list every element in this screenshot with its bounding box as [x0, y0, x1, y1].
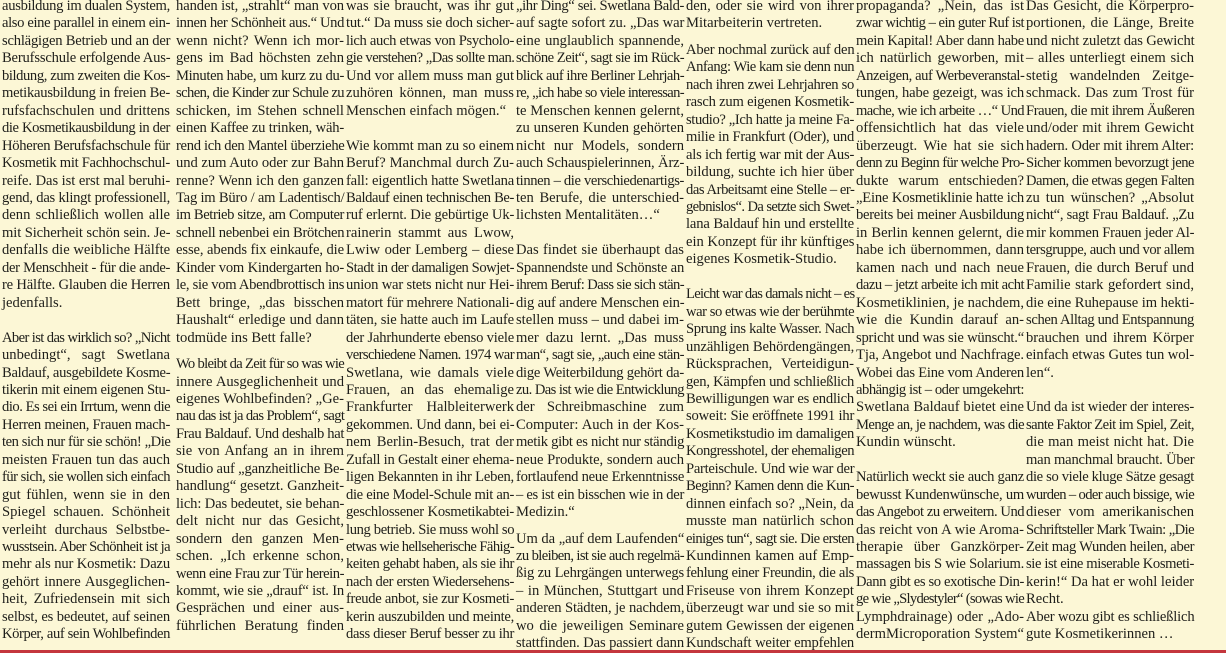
text-line: Kosmetik mit Fachhochschul-: [2, 155, 170, 172]
text-line: die so viele kluge Sätze gesagt: [1026, 469, 1194, 486]
text-line: Swetlana, wie damals viele: [346, 365, 514, 382]
text-line: mein Kapital! Aber dann habe: [856, 33, 1024, 50]
text-line: le, sie vom Abendbrottisch ins: [176, 277, 344, 294]
text-line: die eine Ruhepause im hekti-: [1026, 295, 1194, 312]
text-line: man“, sagt sie, „auch eine stän-: [516, 347, 684, 364]
text-line: mer dazu lernt. „Das muss: [516, 330, 684, 347]
text-line: man manchmal braucht. Über: [1026, 452, 1194, 469]
text-line: spricht und was sie wünscht.“: [856, 330, 1024, 347]
text-line: wenn nicht? Wenn ich mor-: [176, 33, 344, 50]
text-line: überzeugt. Wie hat sie sich: [856, 138, 1024, 155]
text-line: brauchen und ihrem Körper: [1026, 330, 1194, 347]
text-line: freude anbot, sie zur Kosmeti-: [346, 591, 514, 608]
text-line: Bewilligungen war es endlich: [686, 391, 854, 408]
paragraph-spacer: [346, 120, 514, 137]
paragraph-spacer: [686, 33, 854, 42]
text-line: kommt, wie sie „drauf“ ist. In: [176, 583, 344, 600]
text-line: nicht nur Models, sondern: [516, 138, 684, 155]
text-line: schen Alltag und Entspannung: [1026, 312, 1194, 329]
text-line: blick auf ihre Berliner Lehrjah-: [516, 68, 684, 85]
text-line: Damen, die etwas gegen Falten: [1026, 173, 1194, 190]
text-line: schlägigen Betrieb und an der: [2, 33, 170, 50]
text-line: Recht.: [1026, 591, 1194, 608]
text-line: täten, sie hatte auch im Laufe: [346, 312, 514, 329]
text-line: etwas wie hellseherische Fähig-: [346, 539, 514, 556]
text-line: der Jahrhunderte ebenso viele: [346, 330, 514, 347]
text-line: der Menschheit - für die ande-: [2, 260, 170, 277]
text-line: mir kommen Frauen jeder Al-: [1026, 225, 1194, 242]
article-column-1: ausbildung im dualen System,also eine pa…: [2, 0, 170, 644]
text-line: ein Konzept für ihr künftiges: [686, 234, 854, 251]
text-line: dige Weiterbildung gehört da-: [516, 365, 684, 382]
text-line: mache, wie ich arbeite …“ Und: [856, 103, 1024, 120]
text-line: Computer: Auch in der Kos-: [516, 417, 684, 434]
text-line: im Betrieb sitze, am Computer: [176, 207, 344, 224]
text-line: Leicht war das damals nicht – es: [686, 286, 854, 303]
text-line: Frauen, die mit ihrem Äußeren: [1026, 103, 1194, 120]
text-line: sondern den ganzen Men-: [176, 531, 344, 548]
text-line: Kosmetikstudio im damaligen: [686, 426, 854, 443]
text-line: gebnislos“. Da setzte sich Swet-: [686, 199, 854, 216]
text-line: gie verstehen? „Das sollte man.: [346, 50, 514, 67]
text-line: Rücksprachen, Verteidigun-: [686, 356, 854, 373]
article-column-5: den, oder sie wird von ihrerMitarbeiteri…: [686, 0, 854, 653]
text-line: fall: eigentlich hatte Swetlana: [346, 173, 514, 190]
text-line: anderen Städten, je nachdem,: [516, 600, 684, 617]
text-line: unbedingt“, sagt Swetlana: [2, 347, 170, 364]
text-line: neue Produkte, sondern auch: [516, 452, 684, 469]
text-line: Frau Baldauf. Und deshalb hat: [176, 426, 344, 443]
text-line: Medizin.“: [516, 504, 684, 521]
text-line: die man meist nicht hat. Die: [1026, 434, 1194, 451]
text-line: soweit: Sie eröffnete 1991 ihr: [686, 408, 854, 425]
text-line: hadern. Oder mit ihrem Alter:: [1026, 138, 1194, 155]
text-line: re Hälfte. Glauben die Herren: [2, 277, 170, 294]
article-column-6: propaganda? „Nein, das istzwar wichtig –…: [856, 0, 1024, 644]
bottom-accent-rule: [0, 650, 1226, 653]
text-line: habe ich übernommen, dann: [856, 242, 1024, 259]
text-line: schnell nebenbei ein Brötchen: [176, 225, 344, 242]
text-line: Frauen, die durch Beruf und: [1026, 260, 1194, 277]
text-line: Wo bleibt da Zeit für so was wie: [176, 356, 344, 373]
text-line: lich auch etwas von Psycholo-: [346, 33, 514, 50]
text-line: fehlung einer Freundin, die als: [686, 565, 854, 582]
article-column-4: „ihr Ding“ sei. Swetlana Bald-auf sagte …: [516, 0, 684, 653]
text-line: und zum Auto oder zur Bahn: [176, 155, 344, 172]
text-line: der Schreibmaschine zum: [516, 399, 684, 416]
paragraph: Aber nochmal zurück auf denAnfang: Wie k…: [686, 42, 854, 269]
text-line: das reicht von A wie Aroma-: [856, 522, 1024, 539]
paragraph: Aber wozu gibt es schließlichgute Kosmet…: [1026, 609, 1194, 644]
text-line: und/oder mit ihrem Gewicht: [1026, 120, 1194, 137]
article-column-3: was sie braucht, was ihr guttut.“ Da mus…: [346, 0, 514, 644]
text-line: jedenfalls.: [2, 295, 170, 312]
text-line: das Angebot zu erweitern. Und: [856, 504, 1024, 521]
text-line: Und da ist wieder der interes-: [1026, 399, 1194, 416]
text-line: len“.: [1026, 365, 1194, 382]
text-line: tut.“ Da muss sie doch sicher-: [346, 15, 514, 32]
text-line: heit, Zufriedensein mit sich: [2, 591, 170, 608]
text-line: Zufall in Gestalt einer ehema-: [346, 452, 514, 469]
text-line: überzeugt war und sie so mit: [686, 600, 854, 617]
text-line: „ihr Ding“ sei. Swetlana Bald-: [516, 0, 684, 15]
text-line: Lymphdrainage) oder „Ado-: [856, 609, 1024, 626]
text-line: schicken, im Stehen schnell: [176, 103, 344, 120]
paragraph: Um da „auf dem Laufenden“zu bleiben, ist…: [516, 531, 684, 653]
text-line: Aber wozu gibt es schließlich: [1026, 609, 1194, 626]
text-line: zwar wichtig – ein guter Ruf ist: [856, 15, 1024, 32]
text-line: meisten Frauen tun das auch: [2, 452, 170, 469]
text-line: todmüde ins Bett falle?: [176, 330, 344, 347]
paragraph: Das Gesicht, die Körperpro-portionen, di…: [1026, 0, 1194, 382]
text-line: metik gibt es nicht nur ständig: [516, 434, 684, 451]
text-line: selbst, es bedeutet, auf seinen: [2, 609, 170, 626]
text-line: lung betrieb. Sie muss wohl so: [346, 522, 514, 539]
text-line: unzähligen Behördengängen,: [686, 339, 854, 356]
text-line: bildung, suchte ich hier über: [686, 164, 854, 181]
text-line: Schriftsteller Mark Twain: „Die: [1026, 522, 1194, 539]
text-line: wusstsein. Aber Schönheit ist ja: [2, 539, 170, 556]
text-line: auch Schauspielerinnen, Ärz-: [516, 155, 684, 172]
text-line: Gesprächen und einer aus-: [176, 600, 344, 617]
paragraph: Leicht war das damals nicht – eswar so e…: [686, 286, 854, 653]
text-line: Tja, Angebot und Nachfrage.: [856, 347, 1024, 364]
text-line: zu unseren Kunden gehörten: [516, 120, 684, 137]
text-line: union war stets nicht nur Hei-: [346, 277, 514, 294]
text-line: eigenes Kosmetik-Studio.: [686, 251, 854, 268]
text-line: Friseuse von ihrem Konzept: [686, 583, 854, 600]
text-line: lich: Das bedeutet, sie behan-: [176, 496, 344, 513]
text-line: gend, das klingt professionell,: [2, 190, 170, 207]
text-line: einfach etwas Gutes tun wol-: [1026, 347, 1194, 364]
paragraph: Das findet sie überhaupt dasSpannendste …: [516, 242, 684, 521]
text-line: dass dieser Beruf besser zu ihr: [346, 626, 514, 643]
paragraph-spacer: [516, 522, 684, 531]
text-line: denfalls die weibliche Hälfte: [2, 242, 170, 259]
text-line: ge wie „Slydestyler“ (sowas wie: [856, 591, 1024, 608]
text-line: renne? Wenn ich den ganzen: [176, 173, 344, 190]
text-line: Und vor allem muss man gut: [346, 68, 514, 85]
text-line: ßig zu Lehrgängen unterwegs: [516, 565, 684, 582]
text-line: zu bleiben, ist sie auch regelmä-: [516, 548, 684, 565]
paragraph: Wie kommt man zu so einemBeruf? Manchmal…: [346, 138, 514, 644]
text-line: reife. Das ist erst mal beruhi-: [2, 173, 170, 190]
text-line: Herren meinen, Frauen mach-: [2, 417, 170, 434]
text-line: Das findet sie überhaupt das: [516, 242, 684, 259]
text-line: tungen, habe gezeigt, was ich: [856, 85, 1024, 102]
text-line: den, oder sie wird von ihrer: [686, 0, 854, 15]
text-line: te Menschen kennen gelernt,: [516, 103, 684, 120]
text-line: metikausbildung in freien Be-: [2, 85, 170, 102]
text-line: dio. Es sei ein Irrtum, wenn die: [2, 399, 170, 416]
text-line: dieser vom amerikanischen: [1026, 504, 1194, 521]
text-line: wie die Kundin darauf an-: [856, 312, 1024, 329]
text-line: Familie stark gefordert sind,: [1026, 277, 1194, 294]
text-line: Bett bringe, „das bisschen: [176, 295, 344, 312]
text-line: esse, abends fix einkaufe, die: [176, 242, 344, 259]
text-line: dukte warum entschieden?: [856, 173, 1024, 190]
text-line: was sie braucht, was ihr gut: [346, 0, 514, 15]
text-line: ich natürlich geworben, mit: [856, 50, 1024, 67]
text-line: denn zu Beginn für welche Pro-: [856, 155, 1024, 172]
text-line: Berufsschule erfolgende Aus-: [2, 50, 170, 67]
text-line: schöne Zeit“, sagt sie im Rück-: [516, 50, 684, 67]
text-line: Aber ist das wirklich so? „Nicht: [2, 330, 170, 347]
text-line: einiges tun“, sagt sie. Die ersten: [686, 531, 854, 548]
text-line: einen Kaffee zu trinken, wäh-: [176, 120, 344, 137]
text-line: bildung, zum zweiten die Kos-: [2, 68, 170, 85]
paragraph: was sie braucht, was ihr guttut.“ Da mus…: [346, 0, 514, 120]
text-line: Anfang: Wie kam sie denn nun: [686, 59, 854, 76]
text-line: nach der ersten Wiedersehens-: [346, 574, 514, 591]
text-line: keiten gehabt haben, als sie ihr: [346, 556, 514, 573]
text-line: zu tun wünschen? „Absolut: [1026, 190, 1194, 207]
text-line: innen her Schönheit aus.“ Und: [176, 15, 344, 32]
text-line: rend ich den Mantel überziehe: [176, 138, 344, 155]
text-line: Kundinnen kamen auf Emp-: [686, 548, 854, 565]
text-line: re, „ich habe so viele interessan-: [516, 85, 684, 102]
paragraph-spacer: [516, 225, 684, 242]
text-line: für sich, sie wollen sich einfach: [2, 469, 170, 486]
paragraph: ausbildung im dualen System,also eine pa…: [2, 0, 170, 312]
text-line: führlichen Beratung finden: [176, 618, 344, 635]
text-line: studio? „Ich hatte ja meine Fa-: [686, 112, 854, 129]
text-line: mit Sicherheit schön sein. Je-: [2, 225, 170, 242]
text-line: Lwiw oder Lemberg – diese: [346, 242, 514, 259]
text-line: Höheren Berufsfachschule für: [2, 138, 170, 155]
paragraph: handen ist, „strahlt“ man voninnen her S…: [176, 0, 344, 347]
text-line: Beginn? Kamen denn die Kun-: [686, 478, 854, 495]
text-line: lana Baldauf hin und erstellte: [686, 216, 854, 233]
text-line: Baldauf einen technischen Be-: [346, 190, 514, 207]
text-line: Baldauf, ausgebildete Kosme-: [2, 365, 170, 382]
text-line: schen, die Kinder zur Schule zu: [176, 85, 344, 102]
text-line: nach ihren zwei Lehrjahren so: [686, 77, 854, 94]
paragraph: Aber ist das wirklich so? „Nichtunbeding…: [2, 330, 170, 644]
text-line: Minuten habe, um kurz zu du-: [176, 68, 344, 85]
text-line: Swetlana Baldauf bietet eine: [856, 399, 1024, 416]
text-line: und nicht zuletzt das Gewicht: [1026, 33, 1194, 50]
text-line: nau das ist ja das Problem“, sagt: [176, 408, 344, 425]
text-line: Mitarbeiterin vertreten.: [686, 15, 854, 32]
text-line: geschlossener Kosmetikabtei-: [346, 504, 514, 521]
paragraph-spacer: [686, 269, 854, 286]
text-line: handen ist, „strahlt“ man von: [176, 0, 344, 15]
text-line: Aber nochmal zurück auf den: [686, 42, 854, 59]
text-line: offensichtlich hat das viele: [856, 120, 1024, 137]
paragraph-spacer: [1026, 382, 1194, 399]
text-line: Haushalt“ erledige und dann: [176, 312, 344, 329]
text-line: Tag im Büro / am Ladentisch/: [176, 190, 344, 207]
text-line: Dann gibt es so exotische Din-: [856, 574, 1024, 591]
text-line: stetig wandelnden Zeitge-: [1026, 68, 1194, 85]
text-line: wurden – oder auch bissige, wie: [1026, 487, 1194, 504]
text-line: ausbildung im dualen System,: [2, 0, 170, 15]
text-line: Wie kommt man zu so einem: [346, 138, 514, 155]
text-line: eigenes Wohlbefinden? „Ge-: [176, 391, 344, 408]
text-line: Körper, auf sein Wohlbefinden: [2, 626, 170, 643]
text-line: Sprung ins kalte Wasser. Nach: [686, 321, 854, 338]
paragraph: Wo bleibt da Zeit für so was wieinnere A…: [176, 356, 344, 635]
text-line: denn schließlich wollen alle: [2, 207, 170, 224]
text-line: rasch zum eigenen Kosmetik-: [686, 94, 854, 111]
text-line: massagen bis S wie Solarium.: [856, 556, 1024, 573]
text-line: Kinder vom Kindergarten ho-: [176, 260, 344, 277]
text-line: ruf erlernt. Die gebürtige Uk-: [346, 207, 514, 224]
text-line: Stadt in der damaligen Sowjet-: [346, 260, 514, 277]
text-line: Frankfurter Halbleiterwerk: [346, 399, 514, 416]
text-line: dinnen einfach so? „Nein, da: [686, 496, 854, 513]
paragraph-spacer: [2, 312, 170, 329]
text-line: eine unglaublich spannende,: [516, 33, 684, 50]
text-line: Sicher kommen bevorzugt jene: [1026, 155, 1194, 172]
text-line: delt nicht nur das Gesicht,: [176, 513, 344, 530]
text-line: schen. „Ich erkenne schon,: [176, 548, 344, 565]
text-line: handlung“ gesetzt. Ganzheit-: [176, 478, 344, 495]
text-line: dig auf andere Menschen ein-: [516, 295, 684, 312]
paragraph: den, oder sie wird von ihrerMitarbeiteri…: [686, 0, 854, 33]
text-line: in Berlin kennen gelernt, die: [856, 225, 1024, 242]
text-line: zuhören können, man muss: [346, 85, 514, 102]
text-line: das Arbeitsamt eine Stelle – er-: [686, 182, 854, 199]
text-line: bereits bei meiner Ausbildung: [856, 207, 1024, 224]
text-line: tinnen – die verschiedenartigs-: [516, 173, 684, 190]
paragraph: „ihr Ding“ sei. Swetlana Bald-auf sagte …: [516, 0, 684, 225]
text-line: – in München, Stuttgart und: [516, 583, 684, 600]
text-line: war so etwas wie der berühmte: [686, 304, 854, 321]
text-line: portionen, die Länge, Breite: [1026, 15, 1194, 32]
text-line: musste man natürlich schon: [686, 513, 854, 530]
text-line: kamen nach und nach neue: [856, 260, 1024, 277]
article-column-2: handen ist, „strahlt“ man voninnen her S…: [176, 0, 344, 635]
text-line: die Kosmetikausbildung in der: [2, 120, 170, 137]
text-line: auf sagte sofort zu. „Das war: [516, 15, 684, 32]
paragraph: Und da ist wieder der interes-sante Fakt…: [1026, 399, 1194, 608]
text-line: Menschen einfach mögen.“: [346, 103, 514, 120]
text-line: abhängig ist – oder umgekehrt:: [856, 382, 1024, 399]
text-line: gens im Bad höchsten zehn: [176, 50, 344, 67]
text-line: Menge an, je nachdem, was die: [856, 417, 1024, 434]
text-line: propaganda? „Nein, das ist: [856, 0, 1024, 15]
text-line: fortlaufend neue Erkenntnisse: [516, 469, 684, 486]
text-line: tikerin mit einem eigenen Stu-: [2, 382, 170, 399]
text-line: rufsfachschulen und drittens: [2, 103, 170, 120]
text-line: Kongresshotel, der ehemaligen: [686, 443, 854, 460]
text-line: Das Gesicht, die Körperpro-: [1026, 0, 1194, 15]
text-line: therapie über Ganzkörper-: [856, 539, 1024, 556]
text-line: matort für mehrere Nationali-: [346, 295, 514, 312]
text-line: mehr als nur Kosmetik: Dazu: [2, 556, 170, 573]
text-line: Parteischule. Und wie war der: [686, 461, 854, 478]
text-line: schmack. Das zum Trost für: [1026, 85, 1194, 102]
text-line: gut fühlen, wenn sie in den: [2, 487, 170, 504]
text-line: Beruf? Manchmal durch Zu-: [346, 155, 514, 172]
text-line: nem Berlin-Besuch, trat der: [346, 434, 514, 451]
text-line: dermMicroporation System“: [856, 626, 1024, 643]
text-line: innere Ausgeglichenheit und: [176, 374, 344, 391]
text-line: ihrem Beruf: Dass sie sich stän-: [516, 277, 684, 294]
text-line: Spannendste und Schönste an: [516, 260, 684, 277]
text-line: – es ist ein bisschen wie in der: [516, 487, 684, 504]
text-line: Um da „auf dem Laufenden“: [516, 531, 684, 548]
text-line: gehört innere Ausgeglichen-: [2, 574, 170, 591]
paragraph-spacer: [176, 347, 344, 356]
text-line: verleiht durchaus Selbstbe-: [2, 522, 170, 539]
text-line: Zeit mag Wunden heilen, aber: [1026, 539, 1194, 556]
text-line: gekommen. Und dann, bei ei-: [346, 417, 514, 434]
text-line: gen, Kämpfen und schließlich: [686, 374, 854, 391]
text-line: sie von Anfang an in ihrem: [176, 443, 344, 460]
text-line: rainerin stammt aus Lwow,: [346, 225, 514, 242]
text-line: die eine Model-Schule mit an-: [346, 487, 514, 504]
text-line: bewusst Kundenwünsche, um: [856, 487, 1024, 504]
text-line: als ich fertig war mit der Aus-: [686, 147, 854, 164]
article-column-7: Das Gesicht, die Körperpro-portionen, di…: [1026, 0, 1194, 644]
text-line: Wobei das Eine vom Anderen: [856, 365, 1024, 382]
text-line: – alles unterliegt einem sich: [1026, 50, 1194, 67]
text-line: kerin!“ Da hat er wohl leider: [1026, 574, 1194, 591]
text-line: Anzeigen, auf Werbeveranstal-: [856, 68, 1024, 85]
text-line: ten sich nur für sie schön! „Die: [2, 434, 170, 451]
text-line: gutem Gewissen der eigenen: [686, 618, 854, 635]
text-line: lichsten Mentalitäten…“: [516, 207, 684, 224]
text-line: sie ist eine miserable Kosmeti-: [1026, 556, 1194, 573]
text-line: wo die jeweiligen Seminare: [516, 618, 684, 635]
text-line: dazu – jetzt arbeite ich mit acht: [856, 277, 1024, 294]
paragraph: propaganda? „Nein, das istzwar wichtig –…: [856, 0, 1024, 452]
text-line: verschiedene Namen. 1974 war: [346, 347, 514, 364]
article-page: ausbildung im dualen System,also eine pa…: [0, 0, 1226, 650]
text-line: gute Kosmetikerinnen …: [1026, 626, 1194, 643]
text-line: Kosmetiklinien, je nachdem,: [856, 295, 1024, 312]
text-line: ten Berufe, die unterschied-: [516, 190, 684, 207]
text-line: Kundin wünscht.: [856, 434, 1024, 451]
text-line: Frauen, an das ehemalige: [346, 382, 514, 399]
text-line: nicht“, sagt Frau Baldauf. „Zu: [1026, 207, 1194, 224]
paragraph: Natürlich weckt sie auch ganzbewusst Kun…: [856, 469, 1024, 644]
text-line: Natürlich weckt sie auch ganz: [856, 469, 1024, 486]
paragraph-spacer: [856, 452, 1024, 469]
text-line: kerin auszubilden und meinte,: [346, 609, 514, 626]
text-line: sante Faktor Zeit im Spiel, Zeit,: [1026, 417, 1194, 434]
text-line: tersgruppe, auch und vor allem: [1026, 242, 1194, 259]
text-line: „Eine Kosmetiklinie hatte ich: [856, 190, 1024, 207]
text-line: zu. Das ist wie die Entwicklung: [516, 382, 684, 399]
text-line: wenn eine Frau zur Tür herein-: [176, 566, 344, 583]
text-line: ligen Bekannten in ihr Leben,: [346, 469, 514, 486]
text-line: Spiegel schauen. Schönheit: [2, 504, 170, 521]
text-line: milie in Frankfurt (Oder), und: [686, 129, 854, 146]
text-line: also eine parallel in einem ein-: [2, 15, 170, 32]
text-line: Studio auf „ganzheitliche Be-: [176, 461, 344, 478]
text-line: stellen muss – und dabei im-: [516, 312, 684, 329]
